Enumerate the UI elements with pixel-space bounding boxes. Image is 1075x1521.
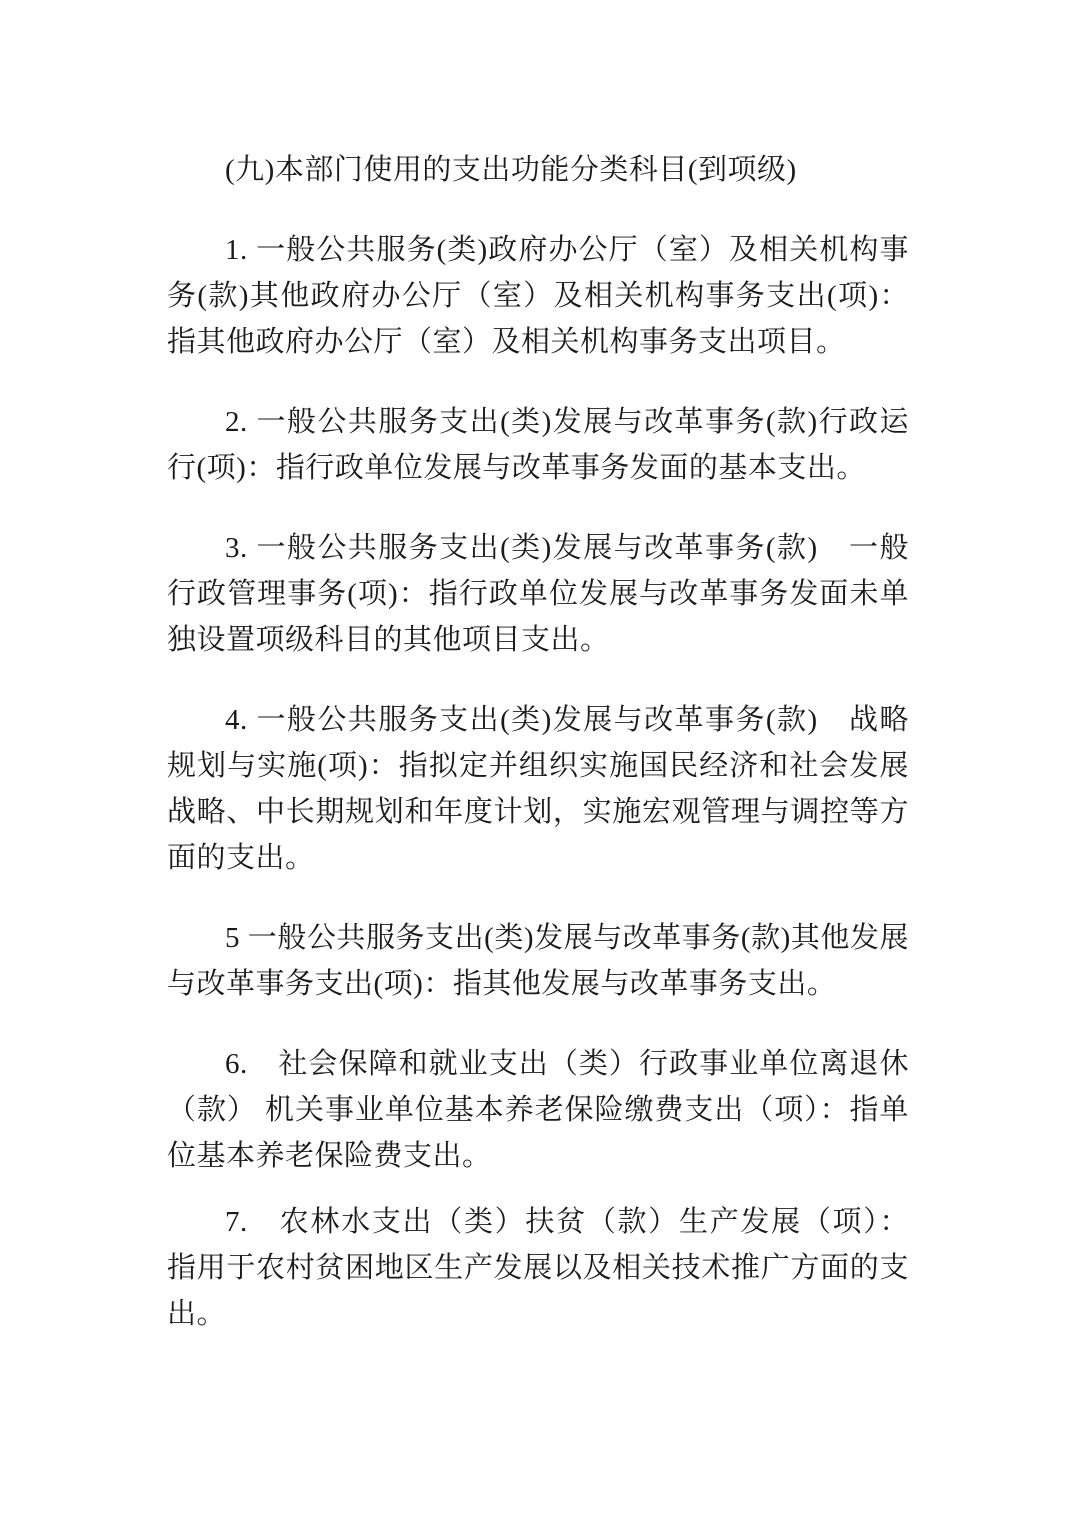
paragraph-item-5: 5 一般公共服务支出(类)发展与改革事务(款)其他发展与改革事务支出(项)：指其… xyxy=(167,915,909,1007)
paragraph-item-6: 6. 社会保障和就业支出（类）行政事业单位离退休（款） 机关事业单位基本养老保险… xyxy=(167,1041,909,1179)
document-page: (九)本部门使用的支出功能分类科目(到项级) 1. 一般公共服务(类)政府办公厅… xyxy=(0,0,1075,1521)
paragraph-item-1: 1. 一般公共服务(类)政府办公厅（室）及相关机构事务(款)其他政府办公厅（室）… xyxy=(167,227,909,365)
paragraph-item-3: 3. 一般公共服务支出(类)发展与改革事务(款) 一般行政管理事务(项)：指行政… xyxy=(167,525,909,663)
section-heading: (九)本部门使用的支出功能分类科目(到项级) xyxy=(167,147,909,193)
paragraph-item-2: 2. 一般公共服务支出(类)发展与改革事务(款)行政运行(项)：指行政单位发展与… xyxy=(167,399,909,491)
paragraph-item-4: 4. 一般公共服务支出(类)发展与改革事务(款) 战略规划与实施(项)：指拟定并… xyxy=(167,697,909,881)
document-body: (九)本部门使用的支出功能分类科目(到项级) 1. 一般公共服务(类)政府办公厅… xyxy=(167,147,909,1337)
paragraph-item-7: 7. 农林水支出（类）扶贫（款）生产发展（项）：指用于农村贫困地区生产发展以及相… xyxy=(167,1199,909,1337)
